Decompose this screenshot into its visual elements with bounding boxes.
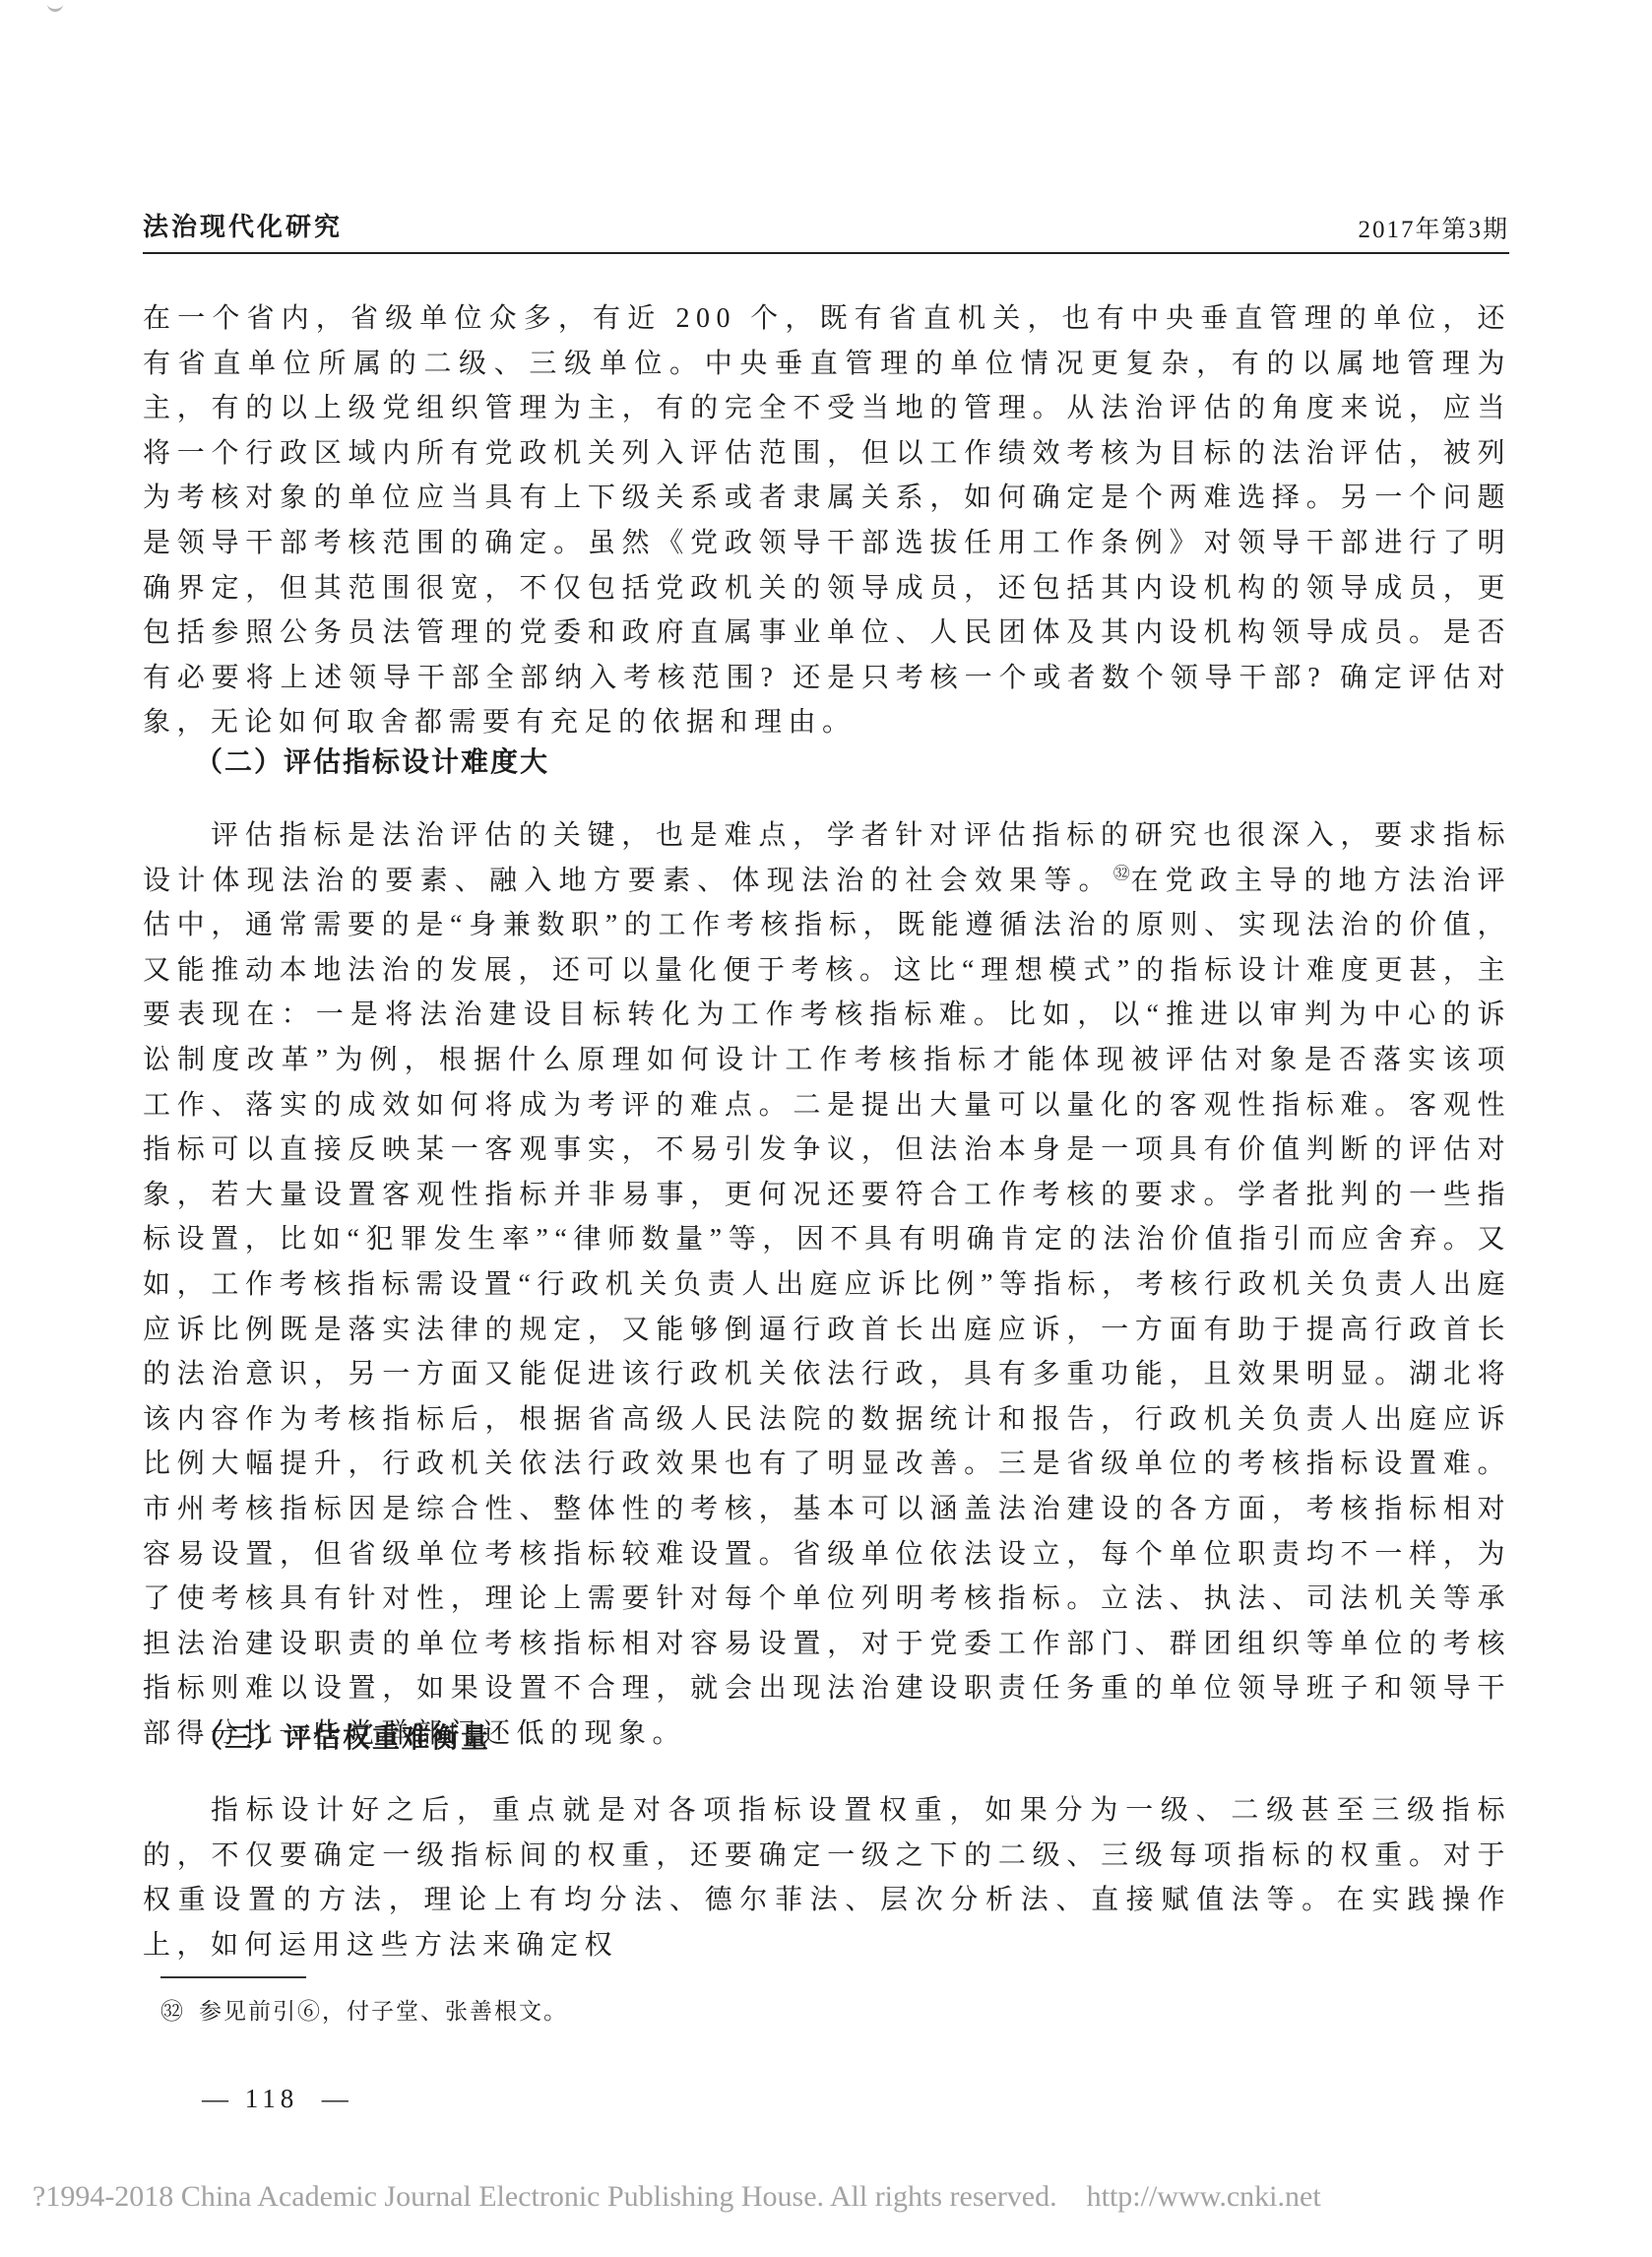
paragraph-3: 指标设计好之后，重点就是对各项指标设置权重，如果分为一级、二级甚至三级指标的，不… xyxy=(143,1788,1511,1967)
paragraph-2-text-after-note: 在党政主导的地方法治评估中，通常需要的是“身兼数职”的工作考核指标，既能遵循法治… xyxy=(143,866,1511,1749)
page-number: — 118 — xyxy=(202,2084,353,2114)
section-heading-2: （二）评估指标设计难度大 xyxy=(143,745,1563,779)
issue-label: 2017年第3期 xyxy=(1358,210,1509,245)
header-rule xyxy=(143,252,1509,254)
paragraph-2: 评估指标是法治评估的关键，也是难点，学者针对评估指标的研究也很深入，要求指标设计… xyxy=(143,813,1511,1756)
footnote-reference-32: ㉜ xyxy=(1113,864,1131,882)
journal-title: 法治现代化研究 xyxy=(143,207,343,243)
journal-page: 法治现代化研究 2017年第3期 在一个省内，省级单位众多，有近 200 个，既… xyxy=(0,0,1652,2257)
footnote-marker: ㉜ xyxy=(160,1999,185,2024)
footnote: ㉜参见前引⑥，付子堂、张善根文。 xyxy=(160,1993,568,2026)
section-heading-3: （三）评估权重难衡量 xyxy=(143,1721,1563,1755)
cnki-watermark: ?1994-2018 China Academic Journal Electr… xyxy=(32,2180,1321,2214)
scan-edge-artifact xyxy=(47,2,63,12)
footnote-separator-rule xyxy=(160,1976,306,1978)
paragraph-1: 在一个省内，省级单位众多，有近 200 个，既有省直机关，也有中央垂直管理的单位… xyxy=(143,296,1511,745)
footnote-text: 参见前引⑥，付子堂、张善根文。 xyxy=(199,1999,568,2024)
